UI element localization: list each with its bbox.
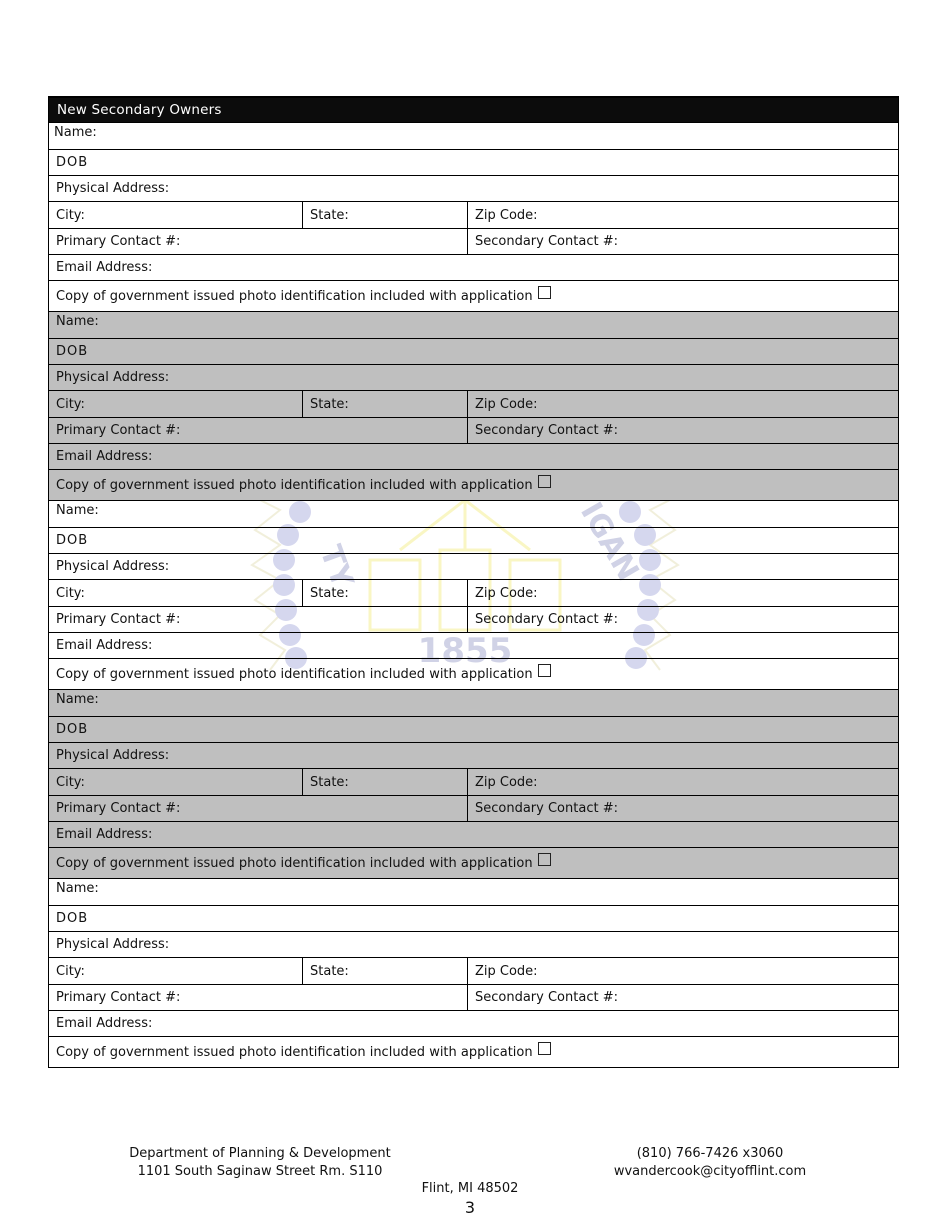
form-title: New Secondary Owners: [49, 97, 898, 122]
dob-row[interactable]: DOB: [49, 149, 898, 175]
dob-label: DOB: [56, 722, 88, 737]
secondary-contact-field[interactable]: Secondary Contact #:: [467, 985, 898, 1010]
secondary-contact-label: Secondary Contact #:: [475, 990, 618, 1005]
owner-block-2: Name: DOB Physical Address: City: State:…: [49, 311, 898, 500]
primary-contact-label: Primary Contact #:: [56, 990, 180, 1005]
name-label: Name:: [56, 692, 99, 707]
physical-address-label: Physical Address:: [56, 748, 169, 763]
zip-label: Zip Code:: [475, 586, 538, 601]
state-field[interactable]: State:: [302, 580, 467, 606]
secondary-contact-field[interactable]: Secondary Contact #:: [467, 418, 898, 443]
email-row[interactable]: Email Address:: [49, 1010, 898, 1036]
dob-row[interactable]: DOB: [49, 338, 898, 364]
email-row[interactable]: Email Address:: [49, 632, 898, 658]
id-included-checkbox[interactable]: [538, 664, 551, 677]
city-state-zip-row: City: State: Zip Code:: [49, 201, 898, 228]
email-field[interactable]: Email Address:: [49, 633, 898, 658]
id-copy-label: Copy of government issued photo identifi…: [56, 667, 533, 682]
name-field[interactable]: Name:: [49, 690, 898, 707]
state-label: State:: [310, 964, 349, 979]
contact-row: Primary Contact #: Secondary Contact #:: [49, 795, 898, 821]
zip-label: Zip Code:: [475, 964, 538, 979]
dob-field[interactable]: DOB: [49, 906, 898, 931]
primary-contact-label: Primary Contact #:: [56, 234, 180, 249]
email-field[interactable]: Email Address:: [49, 822, 898, 847]
email-row[interactable]: Email Address:: [49, 821, 898, 847]
zip-label: Zip Code:: [475, 208, 538, 223]
secondary-contact-label: Secondary Contact #:: [475, 234, 618, 249]
address-row[interactable]: Physical Address:: [49, 364, 898, 390]
address-row[interactable]: Physical Address:: [49, 742, 898, 768]
name-field[interactable]: Name:: [49, 123, 898, 140]
email-field[interactable]: Email Address:: [49, 444, 898, 469]
city-field[interactable]: City:: [49, 391, 302, 417]
owner-block-4: Name: DOB Physical Address: City: State:…: [49, 689, 898, 878]
physical-address-field[interactable]: Physical Address:: [49, 932, 898, 957]
name-row[interactable]: Name:: [49, 311, 898, 338]
id-included-checkbox[interactable]: [538, 286, 551, 299]
primary-contact-field[interactable]: Primary Contact #:: [49, 418, 467, 443]
state-field[interactable]: State:: [302, 958, 467, 984]
contact-row: Primary Contact #: Secondary Contact #:: [49, 417, 898, 443]
city-label: City:: [56, 397, 85, 412]
footer-address: Department of Planning & Development 110…: [100, 1145, 420, 1181]
dob-field[interactable]: DOB: [49, 339, 898, 364]
physical-address-field[interactable]: Physical Address:: [49, 743, 898, 768]
physical-address-field[interactable]: Physical Address:: [49, 554, 898, 579]
physical-address-label: Physical Address:: [56, 370, 169, 385]
id-copy-cell: Copy of government issued photo identifi…: [49, 1037, 898, 1067]
zip-field[interactable]: Zip Code:: [467, 958, 898, 984]
phone-number: (810) 766-7426 x3060: [560, 1145, 860, 1163]
id-copy-label: Copy of government issued photo identifi…: [56, 289, 533, 304]
id-copy-label: Copy of government issued photo identifi…: [56, 856, 533, 871]
department-name: Department of Planning & Development: [100, 1145, 420, 1163]
city-field[interactable]: City:: [49, 580, 302, 606]
city-field[interactable]: City:: [49, 958, 302, 984]
id-included-checkbox[interactable]: [538, 853, 551, 866]
zip-field[interactable]: Zip Code:: [467, 580, 898, 606]
address-row[interactable]: Physical Address:: [49, 931, 898, 957]
primary-contact-field[interactable]: Primary Contact #:: [49, 607, 467, 632]
id-included-checkbox[interactable]: [538, 1042, 551, 1055]
owner-block-1: Name: DOB Physical Address: City: State:…: [49, 122, 898, 311]
state-field[interactable]: State:: [302, 202, 467, 228]
email-row[interactable]: Email Address:: [49, 443, 898, 469]
zip-field[interactable]: Zip Code:: [467, 769, 898, 795]
id-copy-cell: Copy of government issued photo identifi…: [49, 281, 898, 311]
name-label: Name:: [56, 503, 99, 518]
id-copy-cell: Copy of government issued photo identifi…: [49, 659, 898, 689]
dob-field[interactable]: DOB: [49, 717, 898, 742]
contact-row: Primary Contact #: Secondary Contact #:: [49, 606, 898, 632]
primary-contact-label: Primary Contact #:: [56, 423, 180, 438]
secondary-contact-label: Secondary Contact #:: [475, 801, 618, 816]
name-field[interactable]: Name:: [49, 312, 898, 329]
name-label: Name:: [56, 881, 99, 896]
city-state-zip-row: City: State: Zip Code:: [49, 957, 898, 984]
dob-row[interactable]: DOB: [49, 527, 898, 553]
zip-field[interactable]: Zip Code:: [467, 391, 898, 417]
city-state-zip-row: City: State: Zip Code:: [49, 579, 898, 606]
dob-label: DOB: [56, 344, 88, 359]
secondary-contact-field[interactable]: Secondary Contact #:: [467, 796, 898, 821]
state-label: State:: [310, 775, 349, 790]
primary-contact-field[interactable]: Primary Contact #:: [49, 985, 467, 1010]
dob-row[interactable]: DOB: [49, 905, 898, 931]
physical-address-label: Physical Address:: [56, 937, 169, 952]
dob-row[interactable]: DOB: [49, 716, 898, 742]
contact-row: Primary Contact #: Secondary Contact #:: [49, 228, 898, 254]
primary-contact-label: Primary Contact #:: [56, 612, 180, 627]
dob-label: DOB: [56, 155, 88, 170]
name-label: Name:: [56, 314, 99, 329]
id-copy-row: Copy of government issued photo identifi…: [49, 280, 898, 311]
name-row[interactable]: Name:: [49, 878, 898, 905]
dob-label: DOB: [56, 533, 88, 548]
address-row[interactable]: Physical Address:: [49, 175, 898, 201]
physical-address-field[interactable]: Physical Address:: [49, 365, 898, 390]
email-label: Email Address:: [56, 260, 152, 275]
primary-contact-field[interactable]: Primary Contact #:: [49, 229, 467, 254]
id-copy-label: Copy of government issued photo identifi…: [56, 478, 533, 493]
city-label: City:: [56, 208, 85, 223]
city-field[interactable]: City:: [49, 202, 302, 228]
email-field[interactable]: Email Address:: [49, 1011, 898, 1036]
name-row[interactable]: Name:: [49, 689, 898, 716]
city-label: City:: [56, 964, 85, 979]
zip-label: Zip Code:: [475, 397, 538, 412]
physical-address-label: Physical Address:: [56, 559, 169, 574]
state-label: State:: [310, 397, 349, 412]
id-copy-row: Copy of government issued photo identifi…: [49, 1036, 898, 1067]
id-copy-row: Copy of government issued photo identifi…: [49, 658, 898, 689]
contact-row: Primary Contact #: Secondary Contact #:: [49, 984, 898, 1010]
secondary-contact-field[interactable]: Secondary Contact #:: [467, 229, 898, 254]
id-copy-cell: Copy of government issued photo identifi…: [49, 470, 898, 500]
physical-address-field[interactable]: Physical Address:: [49, 176, 898, 201]
id-copy-row: Copy of government issued photo identifi…: [49, 847, 898, 878]
dob-field[interactable]: DOB: [49, 150, 898, 175]
name-field[interactable]: Name:: [49, 879, 898, 896]
zip-field[interactable]: Zip Code:: [467, 202, 898, 228]
address-row[interactable]: Physical Address:: [49, 553, 898, 579]
id-copy-row: Copy of government issued photo identifi…: [49, 469, 898, 500]
state-label: State:: [310, 586, 349, 601]
email-label: Email Address:: [56, 638, 152, 653]
dob-field[interactable]: DOB: [49, 528, 898, 553]
secondary-contact-label: Secondary Contact #:: [475, 612, 618, 627]
owner-block-5: Name: DOB Physical Address: City: State:…: [49, 878, 898, 1067]
physical-address-label: Physical Address:: [56, 181, 169, 196]
owner-block-3: Name: DOB Physical Address: City: State:…: [49, 500, 898, 689]
name-label: Name:: [54, 125, 97, 140]
name-field[interactable]: Name:: [49, 501, 898, 518]
page-number: 3: [420, 1198, 520, 1217]
id-copy-cell: Copy of government issued photo identifi…: [49, 848, 898, 878]
id-copy-label: Copy of government issued photo identifi…: [56, 1045, 533, 1060]
name-row[interactable]: Name:: [49, 500, 898, 527]
state-label: State:: [310, 208, 349, 223]
city-field[interactable]: City:: [49, 769, 302, 795]
footer-city: Flint, MI 48502: [370, 1181, 570, 1196]
email-label: Email Address:: [56, 827, 152, 842]
state-field[interactable]: State:: [302, 769, 467, 795]
id-included-checkbox[interactable]: [538, 475, 551, 488]
email-label: Email Address:: [56, 1016, 152, 1031]
primary-contact-label: Primary Contact #:: [56, 801, 180, 816]
zip-label: Zip Code:: [475, 775, 538, 790]
city-label: City:: [56, 775, 85, 790]
email-row[interactable]: Email Address:: [49, 254, 898, 280]
dob-label: DOB: [56, 911, 88, 926]
secondary-contact-label: Secondary Contact #:: [475, 423, 618, 438]
name-row[interactable]: Name:: [49, 122, 898, 149]
email-field[interactable]: Email Address:: [49, 255, 898, 280]
secondary-contact-field[interactable]: Secondary Contact #:: [467, 607, 898, 632]
footer-contact: (810) 766-7426 x3060 wvandercook@cityoff…: [560, 1145, 860, 1181]
city-state-zip-row: City: State: Zip Code:: [49, 768, 898, 795]
contact-email[interactable]: wvandercook@cityofflint.com: [560, 1163, 860, 1181]
secondary-owners-form: New Secondary Owners Name: DOB Physical …: [48, 96, 899, 1068]
state-field[interactable]: State:: [302, 391, 467, 417]
city-label: City:: [56, 586, 85, 601]
primary-contact-field[interactable]: Primary Contact #:: [49, 796, 467, 821]
city-state-zip-row: City: State: Zip Code:: [49, 390, 898, 417]
street-address: 1101 South Saginaw Street Rm. S110: [100, 1163, 420, 1181]
email-label: Email Address:: [56, 449, 152, 464]
